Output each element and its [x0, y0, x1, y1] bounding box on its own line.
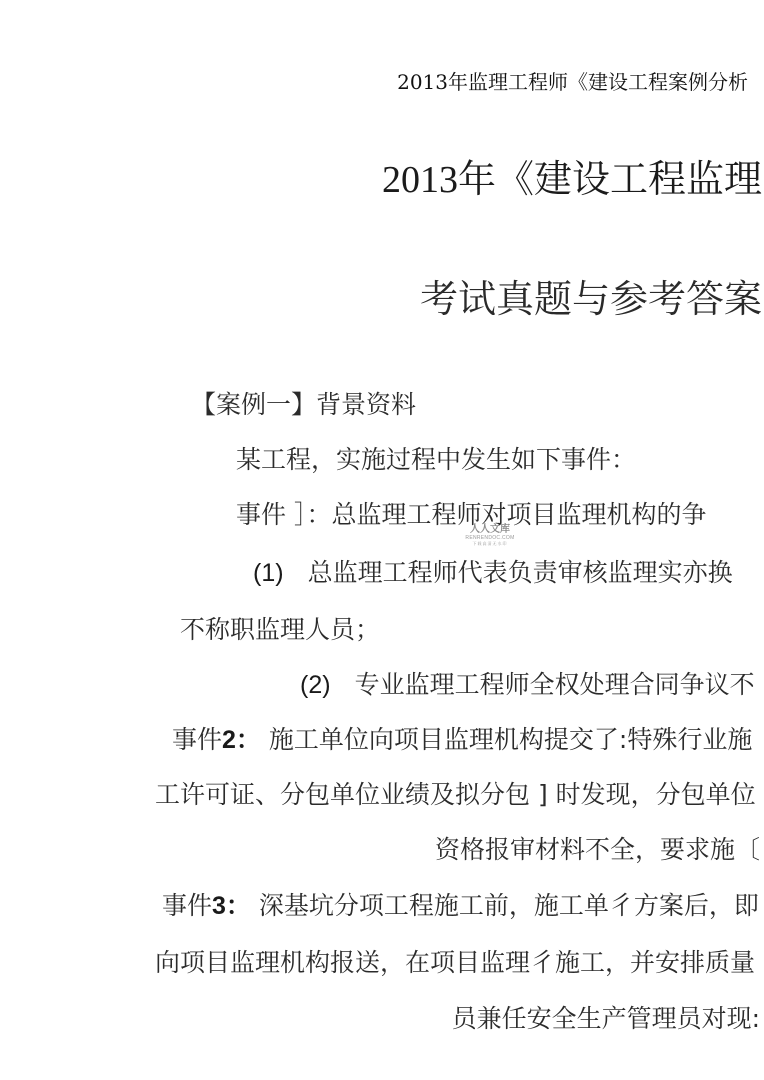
- item-1-text: 总监理工程师代表负责审核监理实亦换: [308, 558, 733, 587]
- event-2-number: 2：: [222, 726, 261, 754]
- event-3-text: 深基坑分项工程施工前，施工单彳方案后，即: [259, 891, 759, 920]
- item-1-number: (1): [253, 559, 284, 587]
- event-3-paragraph: 事件3：深基坑分项工程施工前，施工单彳方案后，即: [162, 893, 759, 919]
- watermark: 人人文库 RENRENDOC.COM 下载高清无水印: [461, 525, 519, 546]
- case-heading: 【案例一】背景资料: [191, 392, 416, 417]
- item-1: (1)总监理工程师代表负责审核监理实亦换: [253, 560, 733, 586]
- running-header: 2013年监理工程师《建设工程案例分析: [397, 72, 748, 92]
- event-3-label: 事件: [162, 891, 212, 920]
- watermark-logo: 人人文库: [461, 525, 519, 535]
- event-3-number: 3：: [212, 892, 251, 920]
- event-2-continuation-1: 工许可证、分包单位业绩及拟分包 ] 时发现，分包单位: [155, 782, 756, 807]
- event-3-continuation-2: 员兼任安全生产管理员对现:: [452, 1006, 760, 1031]
- event-3-continuation-1: 向项目监理机构报送，在项目监理彳施工，并安排质量: [155, 950, 755, 975]
- item-2: (2)专业监理工程师全权处理合同争议不: [300, 672, 755, 698]
- event-2-paragraph: 事件2：施工单位向项目监理机构提交了:特殊行业施: [172, 727, 752, 753]
- item-1-continuation: 不称职监理人员；: [180, 617, 380, 642]
- title-text: 年《建设工程监理: [458, 157, 762, 201]
- item-2-number: (2): [300, 671, 331, 699]
- intro-paragraph: 某工程，实施过程中发生如下事件：: [236, 447, 636, 472]
- event-2-text: 施工单位向项目监理机构提交了:特殊行业施: [269, 725, 752, 754]
- title-line-1: 2013年《建设工程监理: [382, 160, 762, 199]
- watermark-subtext: 下载高清无水印: [461, 542, 519, 546]
- title-year: 2013: [382, 159, 458, 201]
- event-2-continuation-2: 资格报审材料不全，要求施〔: [435, 837, 760, 862]
- event-2-label: 事件: [172, 725, 222, 754]
- item-2-text: 专业监理工程师全权处理合同争议不: [355, 670, 755, 699]
- title-line-2: 考试真题与参考答案: [420, 280, 762, 318]
